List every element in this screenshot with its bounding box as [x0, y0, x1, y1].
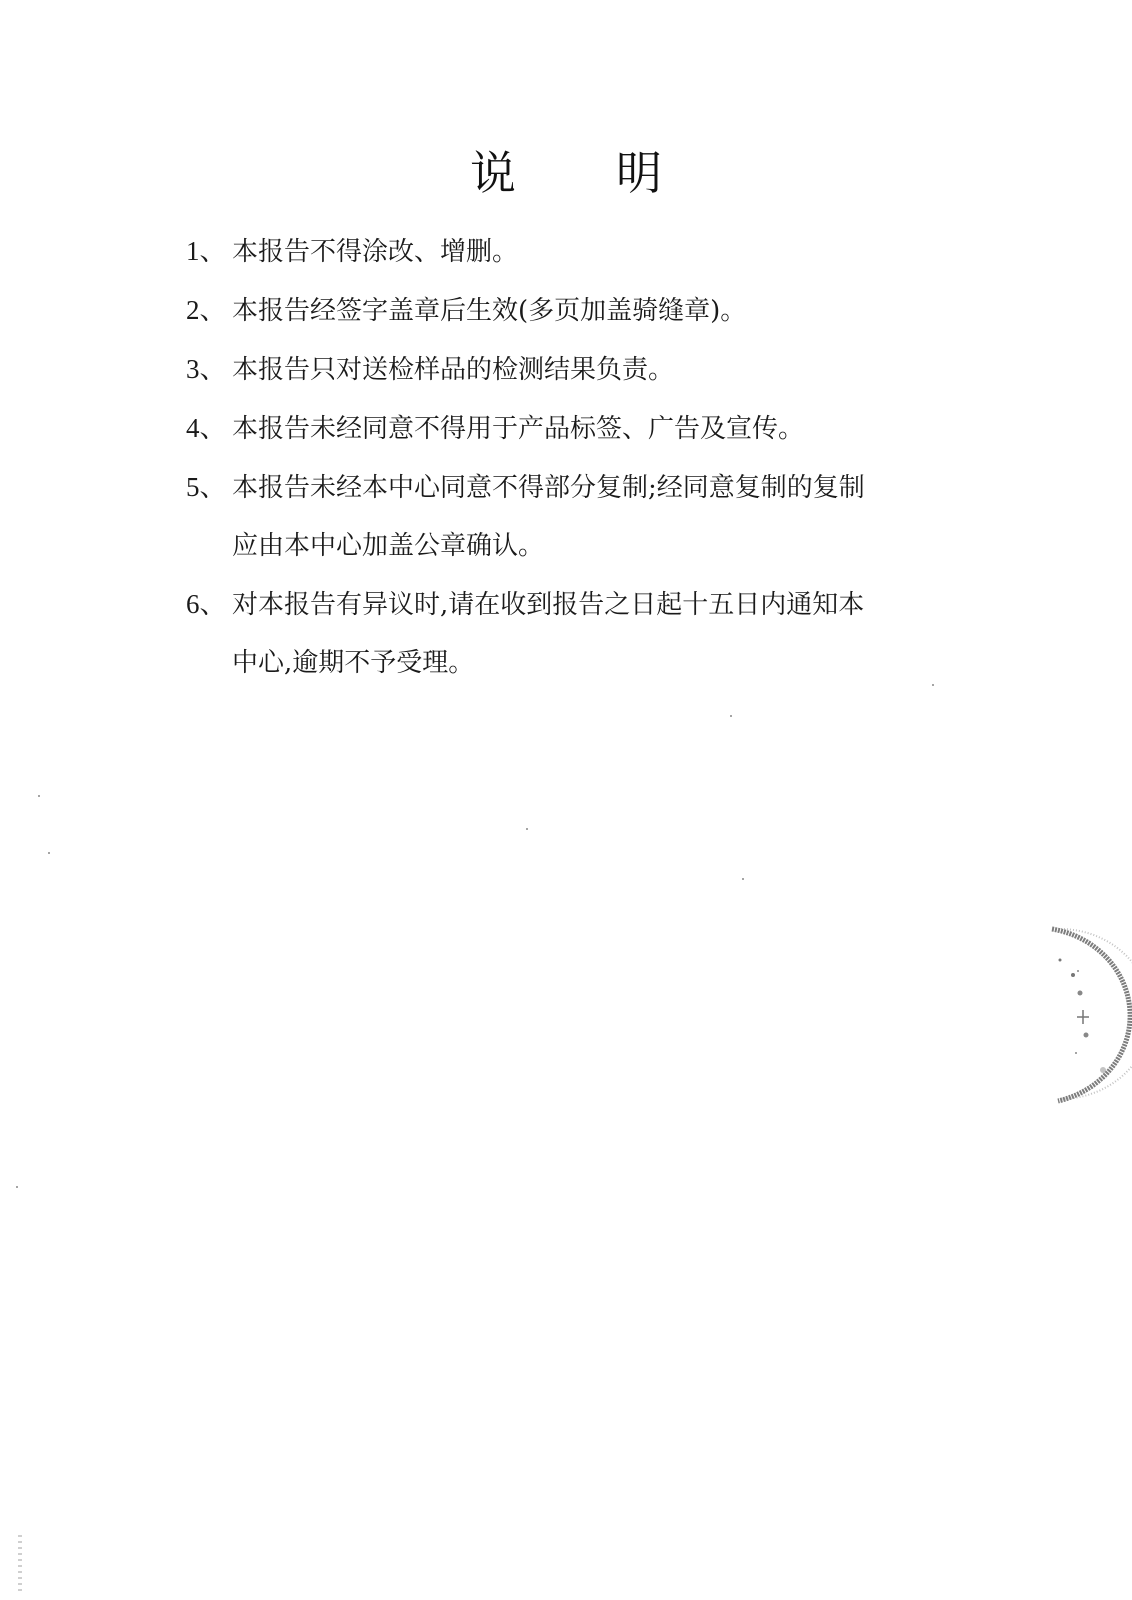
note-number: 5、	[186, 458, 232, 516]
note-number: 3、	[186, 340, 232, 398]
note-text: 本报告不得涂改、增删。	[232, 237, 518, 267]
note-number: 6、	[186, 575, 232, 633]
notes-list: 1、本报告不得涂改、增删。 2、本报告经签字盖章后生效(多页加盖骑缝章)。 3、…	[186, 222, 986, 692]
scan-speck	[16, 1186, 18, 1188]
scan-speck	[48, 852, 50, 854]
note-text: 本报告未经本中心同意不得部分复制;经同意复制的复制	[232, 473, 865, 503]
scan-edge-marks	[18, 1535, 22, 1595]
scan-speck	[932, 684, 934, 686]
title-char-1: 说	[470, 138, 516, 208]
title-char-2: 明	[616, 138, 662, 208]
note-item-3: 3、本报告只对送检样品的检测结果负责。	[186, 340, 986, 399]
note-text: 本报告经签字盖章后生效(多页加盖骑缝章)。	[232, 296, 746, 326]
note-item-1: 1、本报告不得涂改、增删。	[186, 222, 986, 281]
note-item-2: 2、本报告经签字盖章后生效(多页加盖骑缝章)。	[186, 281, 986, 340]
note-item-6: 6、对本报告有异议时,请在收到报告之日起十五日内通知本 中心,逾期不予受理。	[186, 575, 986, 692]
note-item-4: 4、本报告未经同意不得用于产品标签、广告及宣传。	[186, 399, 986, 458]
scan-speck	[742, 878, 744, 880]
scan-speck	[526, 828, 528, 830]
note-text: 本报告未经同意不得用于产品标签、广告及宣传。	[232, 414, 804, 444]
scan-speck	[730, 715, 732, 717]
document-page: 说明 1、本报告不得涂改、增删。 2、本报告经签字盖章后生效(多页加盖骑缝章)。…	[0, 0, 1132, 1600]
note-number: 1、	[186, 222, 232, 280]
note-text-continuation: 中心,逾期不予受理。	[186, 634, 986, 692]
note-number: 2、	[186, 281, 232, 339]
note-number: 4、	[186, 399, 232, 457]
official-seal-partial	[1048, 925, 1132, 1105]
note-text: 本报告只对送检样品的检测结果负责。	[232, 355, 674, 385]
note-item-5: 5、本报告未经本中心同意不得部分复制;经同意复制的复制 应由本中心加盖公章确认。	[186, 458, 986, 575]
note-text-continuation: 应由本中心加盖公章确认。	[186, 517, 986, 575]
scan-speck	[38, 795, 40, 797]
page-title: 说明	[0, 138, 1132, 208]
note-text: 对本报告有异议时,请在收到报告之日起十五日内通知本	[232, 590, 864, 620]
